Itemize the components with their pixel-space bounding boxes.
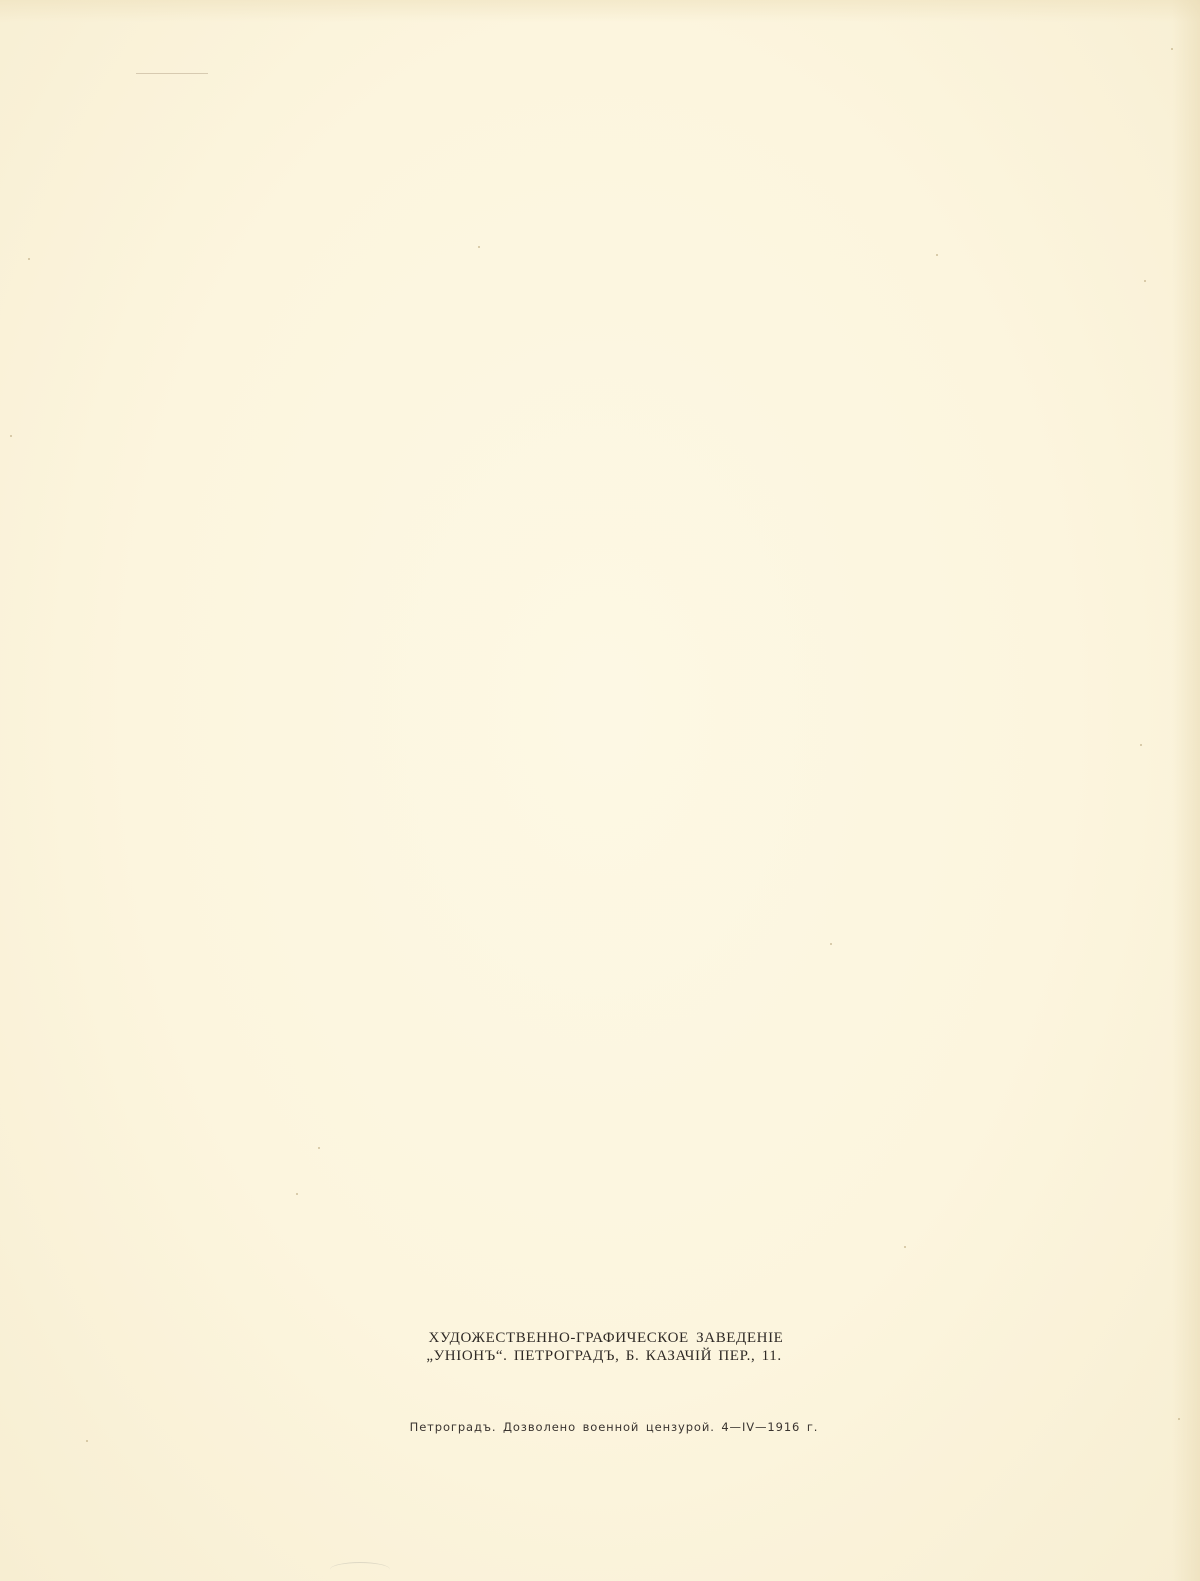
paper-speck — [936, 254, 938, 256]
paper-crease — [330, 1562, 390, 1577]
censorship-note: Петроградъ. Дозволено военной цензурой. … — [0, 1420, 1200, 1434]
printer-imprint-line-1: ХУДОЖЕСТВЕННО-ГРАФИЧЕСКОЕ ЗАВЕДЕНІЕ — [0, 1330, 1200, 1347]
faint-mark — [136, 73, 208, 74]
paper-speck — [1140, 744, 1142, 746]
paper-speck — [1144, 280, 1146, 282]
paper-speck — [318, 1147, 320, 1149]
paper-speck — [478, 246, 480, 248]
paper-speck — [1171, 48, 1173, 50]
paper-speck — [830, 943, 832, 945]
paper-page: ХУДОЖЕСТВЕННО-ГРАФИЧЕСКОЕ ЗАВЕДЕНІЕ „УНІ… — [0, 0, 1200, 1581]
paper-speck — [86, 1440, 88, 1442]
paper-speck — [296, 1193, 298, 1195]
paper-top-edge-shading — [0, 0, 1200, 22]
printer-imprint-line-2: „УНІОНЪ“. ПЕТРОГРАДЪ, Б. КАЗАЧІЙ ПЕР., 1… — [0, 1348, 1200, 1365]
paper-speck — [904, 1246, 906, 1248]
paper-speck — [10, 435, 12, 437]
paper-speck — [28, 258, 30, 260]
